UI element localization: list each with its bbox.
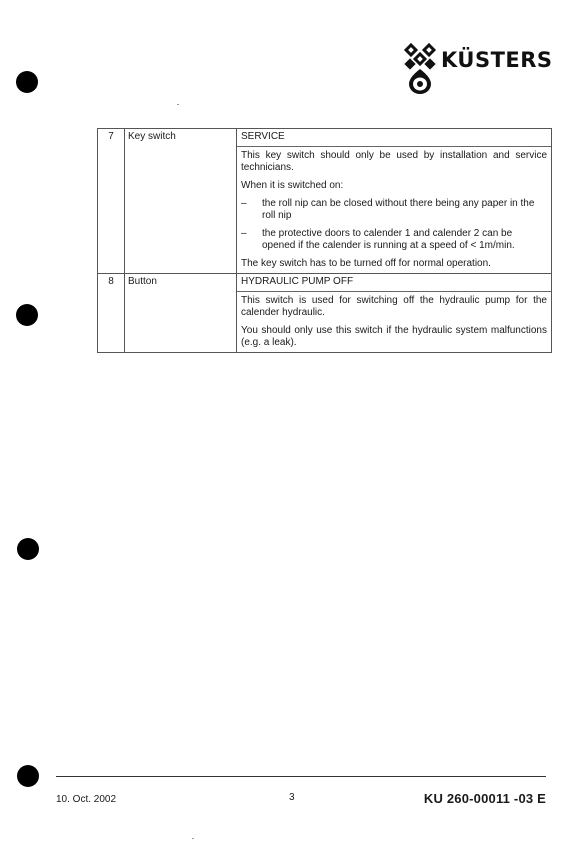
logo-wordmark: KÜSTERS	[441, 48, 553, 72]
list-item-text: the roll nip can be closed without there…	[262, 198, 547, 222]
document-id: KU 260-00011 -03 E	[424, 791, 546, 806]
punch-hole	[16, 304, 38, 326]
list-item: –the roll nip can be closed without ther…	[237, 195, 551, 225]
element-type: Key switch	[125, 129, 237, 274]
function-title: HYDRAULIC PUMP OFF	[237, 274, 551, 292]
list-marker: –	[241, 198, 262, 222]
scan-speck	[177, 104, 179, 105]
description-paragraph: This switch is used for switching off th…	[237, 292, 551, 322]
element-type: Button	[125, 274, 237, 353]
punch-hole	[17, 765, 39, 787]
list-marker: –	[241, 228, 262, 252]
footer-divider	[56, 776, 546, 777]
description-paragraph: You should only use this switch if the h…	[237, 322, 551, 352]
function-title: SERVICE	[237, 129, 551, 147]
element-description: HYDRAULIC PUMP OFFThis switch is used fo…	[237, 274, 552, 353]
controls-description-table: 7Key switchSERVICEThis key switch should…	[97, 128, 552, 353]
list-item: –the protective doors to calender 1 and …	[237, 225, 551, 255]
page-number: 3	[289, 792, 295, 803]
element-description: SERVICEThis key switch should only be us…	[237, 129, 552, 274]
scan-speck	[192, 838, 194, 839]
item-number: 8	[98, 274, 125, 353]
kusters-knot-logo-icon	[403, 42, 437, 94]
description-paragraph: This key switch should only be used by i…	[237, 147, 551, 177]
table-row: 8ButtonHYDRAULIC PUMP OFFThis switch is …	[98, 274, 552, 353]
punch-hole	[16, 71, 38, 93]
description-paragraph: The key switch has to be turned off for …	[237, 255, 551, 273]
company-logo: KÜSTERS	[403, 42, 553, 94]
table-row: 7Key switchSERVICEThis key switch should…	[98, 129, 552, 274]
description-paragraph: When it is switched on:	[237, 177, 551, 195]
item-number: 7	[98, 129, 125, 274]
punch-hole	[17, 538, 39, 560]
list-item-text: the protective doors to calender 1 and c…	[262, 228, 547, 252]
footer-date: 10. Oct. 2002	[56, 794, 116, 805]
